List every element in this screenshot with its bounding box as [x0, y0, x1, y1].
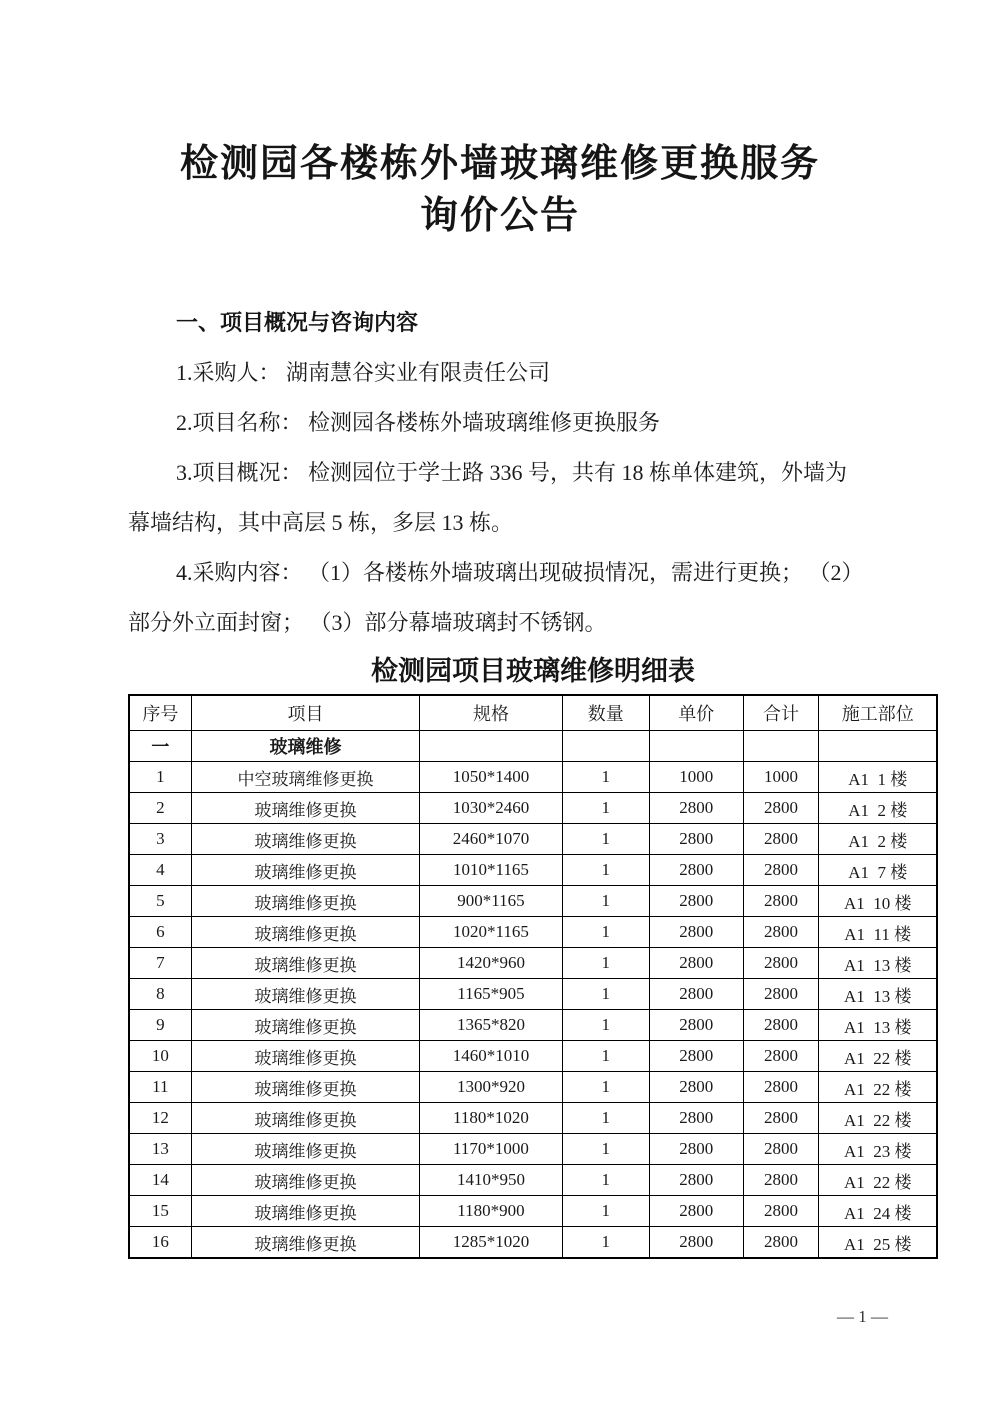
page-number: — 1 — — [837, 1305, 888, 1329]
cell-qty: 1 — [562, 1010, 649, 1041]
paragraph-line: 2.项目名称： 检测园各楼栋外墙玻璃维修更换服务 — [128, 398, 938, 448]
cell-spec: 1030*2460 — [420, 793, 562, 824]
header-qty: 数量 — [562, 695, 649, 731]
cell-spec: 1365*820 — [420, 1010, 562, 1041]
cell-price: 2800 — [649, 1103, 743, 1134]
cell-total — [743, 731, 819, 762]
cell-no: 6 — [129, 917, 191, 948]
cell-location: A1 11 楼 — [819, 917, 937, 948]
cell-spec: 1460*1010 — [420, 1041, 562, 1072]
cell-price: 2800 — [649, 1010, 743, 1041]
cell-total: 2800 — [743, 1165, 819, 1196]
cell-total: 2800 — [743, 917, 819, 948]
cell-qty: 1 — [562, 793, 649, 824]
cell-item: 玻璃维修更换 — [191, 1165, 420, 1196]
cell-qty: 1 — [562, 1041, 649, 1072]
cell-no: 13 — [129, 1134, 191, 1165]
cell-item: 玻璃维修更换 — [191, 824, 420, 855]
cell-spec: 1020*1165 — [420, 917, 562, 948]
table-title: 检测园项目玻璃维修明细表 — [128, 648, 938, 694]
cell-item: 玻璃维修更换 — [191, 886, 420, 917]
paragraph-line: 3.项目概况： 检测园位于学士路 336 号，共有 18 栋单体建筑，外墙为 — [128, 448, 938, 498]
cell-price: 2800 — [649, 1196, 743, 1227]
table-row: 8玻璃维修更换1165*905128002800A1 13 楼 — [129, 979, 937, 1010]
table-row: 5玻璃维修更换900*1165128002800A1 10 楼 — [129, 886, 937, 917]
cell-qty: 1 — [562, 1134, 649, 1165]
table-row: 11玻璃维修更换1300*920128002800A1 22 楼 — [129, 1072, 937, 1103]
cell-item: 中空玻璃维修更换 — [191, 762, 420, 793]
cell-price — [649, 731, 743, 762]
cell-total: 2800 — [743, 793, 819, 824]
cell-location: A1 13 楼 — [819, 979, 937, 1010]
table-body: 一 玻璃维修 1中空玻璃维修更换1050*1400110001000A1 1 楼… — [129, 731, 937, 1259]
paragraph-project-name: 2.项目名称： 检测园各楼栋外墙玻璃维修更换服务 — [128, 398, 938, 448]
cell-location: A1 22 楼 — [819, 1072, 937, 1103]
cell-item: 玻璃维修更换 — [191, 855, 420, 886]
table-row: 6玻璃维修更换1020*1165128002800A1 11 楼 — [129, 917, 937, 948]
cell-no: 15 — [129, 1196, 191, 1227]
cell-location: A1 22 楼 — [819, 1041, 937, 1072]
paragraph-line: 幕墙结构，其中高层 5 栋，多层 13 栋。 — [128, 498, 938, 548]
cell-location: A1 22 楼 — [819, 1165, 937, 1196]
document-content: 一、项目概况与咨询内容 1.采购人： 湖南慧谷实业有限责任公司 2.项目名称： … — [128, 298, 938, 1259]
table-row: 12玻璃维修更换1180*1020128002800A1 22 楼 — [129, 1103, 937, 1134]
paragraph-line: 4.采购内容： （1）各楼栋外墙玻璃出现破损情况，需进行更换； （2） — [128, 548, 938, 598]
cell-total: 1000 — [743, 762, 819, 793]
cell-price: 2800 — [649, 1041, 743, 1072]
title-line-1: 检测园各楼栋外墙玻璃维修更换服务 — [0, 138, 1000, 190]
cell-item: 玻璃维修更换 — [191, 917, 420, 948]
cell-item: 玻璃维修 — [191, 731, 420, 762]
cell-total: 2800 — [743, 1010, 819, 1041]
header-price: 单价 — [649, 695, 743, 731]
cell-no: 14 — [129, 1165, 191, 1196]
cell-no: 一 — [129, 731, 191, 762]
cell-spec: 1285*1020 — [420, 1227, 562, 1259]
cell-item: 玻璃维修更换 — [191, 1072, 420, 1103]
header-item: 项目 — [191, 695, 420, 731]
cell-no: 3 — [129, 824, 191, 855]
cell-item: 玻璃维修更换 — [191, 1196, 420, 1227]
table-row: 3玻璃维修更换2460*1070128002800A1 2 楼 — [129, 824, 937, 855]
cell-price: 2800 — [649, 793, 743, 824]
cell-item: 玻璃维修更换 — [191, 793, 420, 824]
table-row: 13玻璃维修更换1170*1000128002800A1 23 楼 — [129, 1134, 937, 1165]
cell-item: 玻璃维修更换 — [191, 979, 420, 1010]
paragraph-line: 1.采购人： 湖南慧谷实业有限责任公司 — [128, 348, 938, 398]
cell-location: A1 10 楼 — [819, 886, 937, 917]
cell-total: 2800 — [743, 979, 819, 1010]
cell-spec — [420, 731, 562, 762]
cell-total: 2800 — [743, 1103, 819, 1134]
cell-location: A1 24 楼 — [819, 1196, 937, 1227]
cell-qty: 1 — [562, 1072, 649, 1103]
cell-item: 玻璃维修更换 — [191, 1103, 420, 1134]
cell-item: 玻璃维修更换 — [191, 1041, 420, 1072]
paragraph-purchase-content: 4.采购内容： （1）各楼栋外墙玻璃出现破损情况，需进行更换； （2） 部分外立… — [128, 548, 938, 648]
cell-spec: 1050*1400 — [420, 762, 562, 793]
cell-qty — [562, 731, 649, 762]
cell-no: 4 — [129, 855, 191, 886]
cell-total: 2800 — [743, 824, 819, 855]
cell-spec: 1180*900 — [420, 1196, 562, 1227]
repair-detail-table: 序号 项目 规格 数量 单价 合计 施工部位 一 玻璃维修 — [128, 694, 938, 1259]
cell-total: 2800 — [743, 1041, 819, 1072]
cell-price: 2800 — [649, 824, 743, 855]
cell-spec: 1180*1020 — [420, 1103, 562, 1134]
cell-qty: 1 — [562, 948, 649, 979]
cell-qty: 1 — [562, 1196, 649, 1227]
cell-total: 2800 — [743, 855, 819, 886]
cell-no: 2 — [129, 793, 191, 824]
paragraph-purchaser: 1.采购人： 湖南慧谷实业有限责任公司 — [128, 348, 938, 398]
table-row: 14玻璃维修更换1410*950128002800A1 22 楼 — [129, 1165, 937, 1196]
cell-qty: 1 — [562, 917, 649, 948]
cell-spec: 900*1165 — [420, 886, 562, 917]
cell-item: 玻璃维修更换 — [191, 1227, 420, 1259]
cell-price: 2800 — [649, 855, 743, 886]
cell-item: 玻璃维修更换 — [191, 1010, 420, 1041]
cell-total: 2800 — [743, 948, 819, 979]
document-title: 检测园各楼栋外墙玻璃维修更换服务 询价公告 — [0, 138, 1000, 242]
cell-no: 16 — [129, 1227, 191, 1259]
cell-spec: 2460*1070 — [420, 824, 562, 855]
cell-qty: 1 — [562, 1103, 649, 1134]
cell-no: 10 — [129, 1041, 191, 1072]
cell-location: A1 13 楼 — [819, 948, 937, 979]
header-spec: 规格 — [420, 695, 562, 731]
cell-qty: 1 — [562, 762, 649, 793]
table-group-row: 一 玻璃维修 — [129, 731, 937, 762]
cell-qty: 1 — [562, 1227, 649, 1259]
cell-spec: 1165*905 — [420, 979, 562, 1010]
cell-price: 2800 — [649, 1165, 743, 1196]
paragraph-project-overview: 3.项目概况： 检测园位于学士路 336 号，共有 18 栋单体建筑，外墙为 幕… — [128, 448, 938, 548]
cell-price: 2800 — [649, 1072, 743, 1103]
cell-no: 8 — [129, 979, 191, 1010]
cell-item: 玻璃维修更换 — [191, 948, 420, 979]
cell-spec: 1010*1165 — [420, 855, 562, 886]
paragraph-line: 部分外立面封窗； （3）部分幕墙玻璃封不锈钢。 — [128, 598, 938, 648]
table-row: 2玻璃维修更换1030*2460128002800A1 2 楼 — [129, 793, 937, 824]
cell-total: 2800 — [743, 1072, 819, 1103]
table-row: 10玻璃维修更换1460*1010128002800A1 22 楼 — [129, 1041, 937, 1072]
cell-spec: 1410*950 — [420, 1165, 562, 1196]
table-row: 1中空玻璃维修更换1050*1400110001000A1 1 楼 — [129, 762, 937, 793]
cell-no: 5 — [129, 886, 191, 917]
cell-location: A1 13 楼 — [819, 1010, 937, 1041]
header-total: 合计 — [743, 695, 819, 731]
cell-qty: 1 — [562, 855, 649, 886]
document-page: 检测园各楼栋外墙玻璃维修更换服务 询价公告 一、项目概况与咨询内容 1.采购人：… — [0, 0, 1000, 1414]
cell-price: 2800 — [649, 1227, 743, 1259]
cell-price: 2800 — [649, 917, 743, 948]
cell-qty: 1 — [562, 824, 649, 855]
table-row: 7玻璃维修更换1420*960128002800A1 13 楼 — [129, 948, 937, 979]
cell-qty: 1 — [562, 886, 649, 917]
section-heading: 一、项目概况与咨询内容 — [128, 298, 938, 348]
header-location: 施工部位 — [819, 695, 937, 731]
cell-location: A1 2 楼 — [819, 793, 937, 824]
cell-qty: 1 — [562, 1165, 649, 1196]
cell-no: 11 — [129, 1072, 191, 1103]
cell-total: 2800 — [743, 1227, 819, 1259]
cell-total: 2800 — [743, 886, 819, 917]
cell-price: 2800 — [649, 948, 743, 979]
table-header-row: 序号 项目 规格 数量 单价 合计 施工部位 — [129, 695, 937, 731]
cell-price: 2800 — [649, 979, 743, 1010]
header-no: 序号 — [129, 695, 191, 731]
cell-total: 2800 — [743, 1134, 819, 1165]
table-row: 16玻璃维修更换1285*1020128002800A1 25 楼 — [129, 1227, 937, 1259]
cell-spec: 1300*920 — [420, 1072, 562, 1103]
cell-location: A1 2 楼 — [819, 824, 937, 855]
cell-no: 1 — [129, 762, 191, 793]
cell-item: 玻璃维修更换 — [191, 1134, 420, 1165]
cell-price: 2800 — [649, 1134, 743, 1165]
cell-location: A1 7 楼 — [819, 855, 937, 886]
table-row: 15玻璃维修更换1180*900128002800A1 24 楼 — [129, 1196, 937, 1227]
cell-location: A1 25 楼 — [819, 1227, 937, 1259]
cell-location: A1 22 楼 — [819, 1103, 937, 1134]
cell-no: 7 — [129, 948, 191, 979]
cell-location: A1 1 楼 — [819, 762, 937, 793]
cell-no: 9 — [129, 1010, 191, 1041]
cell-price: 2800 — [649, 886, 743, 917]
table-row: 4玻璃维修更换1010*1165128002800A1 7 楼 — [129, 855, 937, 886]
cell-location — [819, 731, 937, 762]
title-line-2: 询价公告 — [0, 190, 1000, 242]
cell-qty: 1 — [562, 979, 649, 1010]
cell-no: 12 — [129, 1103, 191, 1134]
cell-price: 1000 — [649, 762, 743, 793]
table-header: 序号 项目 规格 数量 单价 合计 施工部位 — [129, 695, 937, 731]
cell-total: 2800 — [743, 1196, 819, 1227]
cell-spec: 1170*1000 — [420, 1134, 562, 1165]
cell-spec: 1420*960 — [420, 948, 562, 979]
table-row: 9玻璃维修更换1365*820128002800A1 13 楼 — [129, 1010, 937, 1041]
cell-location: A1 23 楼 — [819, 1134, 937, 1165]
